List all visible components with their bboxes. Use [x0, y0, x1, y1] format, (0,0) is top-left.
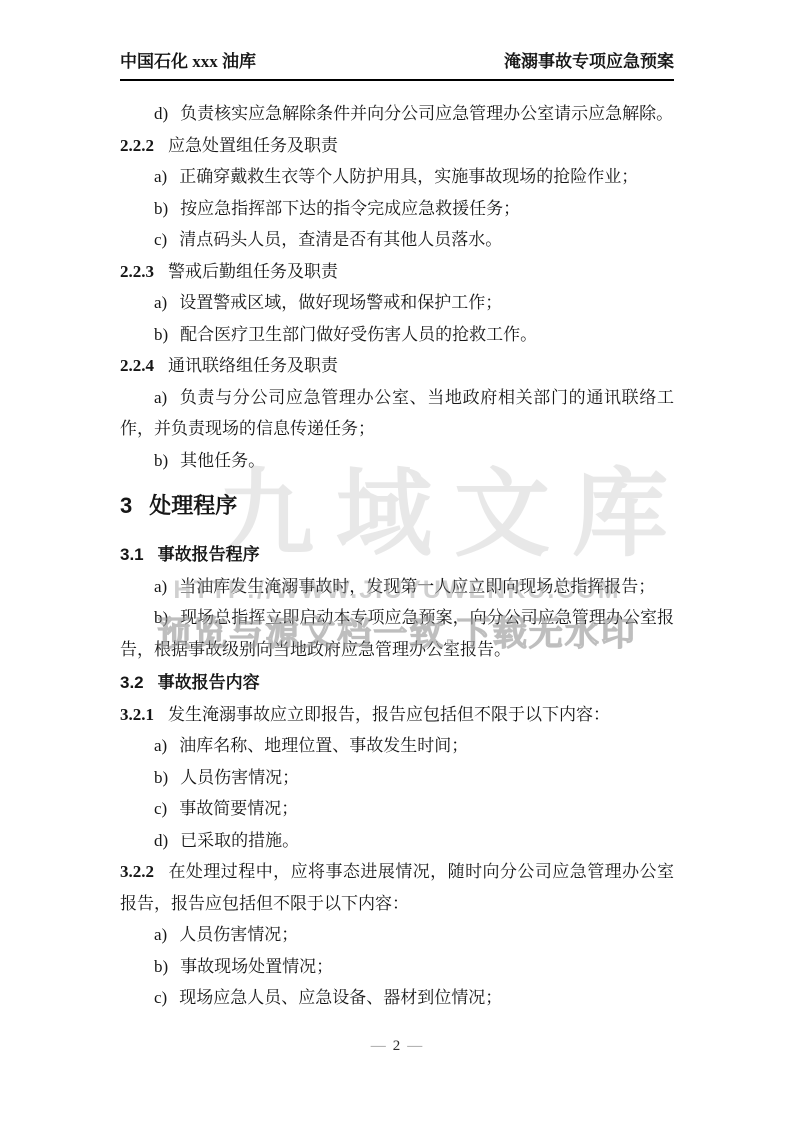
section-number: 3.2.2: [120, 862, 154, 881]
paragraph: a)设置警戒区域，做好现场警戒和保护工作；: [120, 287, 674, 319]
paragraph-text: 在处理过程中，应将事态进展情况，随时向分公司应急管理办公室报告，报告应包括但不限…: [120, 862, 674, 913]
list-label: a): [154, 388, 167, 407]
paragraph: c)现场应急人员、应急设备、器材到位情况；: [120, 982, 674, 1014]
paragraph-text: 配合医疗卫生部门做好受伤害人员的抢救工作。: [180, 325, 537, 344]
paragraph: b)事故现场处置情况；: [120, 951, 674, 983]
section-number: 2.2.3: [120, 262, 154, 281]
footer-dash-left: —: [371, 1038, 386, 1054]
section-heading: 2.2.2应急处置组任务及职责: [120, 130, 674, 162]
list-label: c): [154, 799, 167, 818]
paragraph-text: 负责核实应急解除条件并向分公司应急管理办公室请示应急解除。: [180, 104, 673, 123]
footer-dash-right: —: [407, 1038, 422, 1054]
header-right-title: 淹溺事故专项应急预案: [504, 50, 674, 74]
page-header: 中国石化 xxx 油库 淹溺事故专项应急预案: [120, 50, 674, 81]
document-body: d)负责核实应急解除条件并向分公司应急管理办公室请示应急解除。2.2.2应急处置…: [120, 98, 674, 1014]
section-number: 3.2.1: [120, 705, 154, 724]
paragraph-text: 设置警戒区域，做好现场警戒和保护工作；: [179, 293, 502, 312]
page-footer: —2—: [0, 1036, 793, 1056]
paragraph-text: 应急处置组任务及职责: [168, 136, 338, 155]
page-number: 2: [393, 1038, 401, 1054]
paragraph: d)已采取的措施。: [120, 825, 674, 857]
paragraph-text: 人员伤害情况；: [179, 925, 298, 944]
list-label: a): [154, 736, 167, 755]
list-label: d): [154, 104, 168, 123]
paragraph-text: 按应急指挥部下达的指令完成应急救援任务；: [180, 199, 520, 218]
paragraph-text: 事故报告程序: [158, 545, 260, 564]
paragraph-text: 通讯联络组任务及职责: [168, 356, 338, 375]
section-heading: 2.2.3警戒后勤组任务及职责: [120, 256, 674, 288]
list-label: d): [154, 831, 168, 850]
list-label: b): [154, 768, 168, 787]
section-number: 3.2: [120, 673, 144, 692]
paragraph: b)其他任务。: [120, 445, 674, 477]
paragraph-text: 清点码头人员，查清是否有其他人员落水。: [179, 230, 502, 249]
watermark-note-text: 预览与源文档一致,下载无水印: [120, 606, 674, 655]
paragraph: 3.2.2在处理过程中，应将事态进展情况，随时向分公司应急管理办公室报告，报告应…: [120, 856, 674, 919]
list-label: c): [154, 230, 167, 249]
paragraph-text: 负责与分公司应急管理办公室、当地政府相关部门的通讯联络工作，并负责现场的信息传递…: [120, 388, 674, 439]
list-label: c): [154, 988, 167, 1007]
section-heading: 3.2事故报告内容: [120, 667, 674, 699]
paragraph-text: 已采取的措施。: [180, 831, 299, 850]
paragraph: a)正确穿戴救生衣等个人防护用具，实施事故现场的抢险作业；: [120, 161, 674, 193]
paragraph: d)负责核实应急解除条件并向分公司应急管理办公室请示应急解除。: [120, 98, 674, 130]
paragraph-text: 事故报告内容: [158, 673, 260, 692]
paragraph-text: 事故现场处置情况；: [180, 957, 333, 976]
section-number: 3.1: [120, 545, 144, 564]
paragraph-text: 处理程序: [149, 493, 237, 518]
paragraph-text: 正确穿戴救生衣等个人防护用具，实施事故现场的抢险作业；: [179, 167, 638, 186]
paragraph: c)清点码头人员，查清是否有其他人员落水。: [120, 224, 674, 256]
section-number: 2.2.2: [120, 136, 154, 155]
list-label: a): [154, 293, 167, 312]
paragraph: b)人员伤害情况；: [120, 762, 674, 794]
section-heading: 3.1事故报告程序: [120, 539, 674, 571]
paragraph-text: 事故简要情况；: [179, 799, 298, 818]
paragraph-text: 人员伤害情况；: [180, 768, 299, 787]
paragraph: 3.2.1发生淹溺事故应立即报告，报告应包括但不限于以下内容：: [120, 699, 674, 731]
section-heading: 2.2.4通讯联络组任务及职责: [120, 350, 674, 382]
paragraph-text: 现场应急人员、应急设备、器材到位情况；: [179, 988, 502, 1007]
paragraph-text: 油库名称、地理位置、事故发生时间；: [179, 736, 468, 755]
list-label: a): [154, 167, 167, 186]
document-page: 中国石化 xxx 油库 淹溺事故专项应急预案 九域文库 HTTP://WWW.J…: [0, 0, 793, 1122]
paragraph-text: 其他任务。: [180, 451, 265, 470]
paragraph: b)按应急指挥部下达的指令完成应急救援任务；: [120, 193, 674, 225]
list-label: b): [154, 451, 168, 470]
watermark-url-text: HTTP://WWW.JIUYUWENKU.COM: [120, 576, 674, 605]
list-label: b): [154, 957, 168, 976]
list-label: a): [154, 925, 167, 944]
paragraph: a)人员伤害情况；: [120, 919, 674, 951]
paragraph-text: 警戒后勤组任务及职责: [168, 262, 338, 281]
paragraph: b)配合医疗卫生部门做好受伤害人员的抢救工作。: [120, 319, 674, 351]
list-label: b): [154, 199, 168, 218]
paragraph-text: 发生淹溺事故应立即报告，报告应包括但不限于以下内容：: [168, 705, 610, 724]
header-left-title: 中国石化 xxx 油库: [120, 50, 256, 74]
list-label: b): [154, 325, 168, 344]
section-number: 3: [120, 493, 132, 518]
paragraph: a)负责与分公司应急管理办公室、当地政府相关部门的通讯联络工作，并负责现场的信息…: [120, 382, 674, 445]
paragraph: c)事故简要情况；: [120, 793, 674, 825]
section-heading: 3处理程序: [120, 489, 674, 523]
section-number: 2.2.4: [120, 356, 154, 375]
paragraph: a)油库名称、地理位置、事故发生时间；: [120, 730, 674, 762]
